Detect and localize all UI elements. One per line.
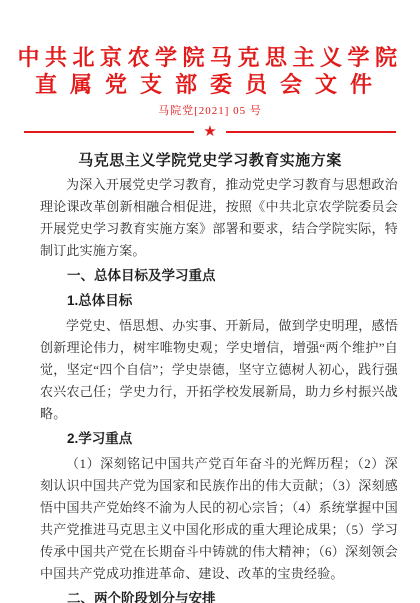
red-divider: ★ [24,124,396,140]
divider-line-left [24,131,194,133]
section-heading: 2.学习重点 [40,428,398,450]
divider-line-right [226,131,396,133]
body-paragraph: （1）深刻铭记中国共产党百年奋斗的光辉历程；（2）深刻认识中国共产党为国家和民族… [40,453,398,585]
body-paragraph: 学党史、悟思想、办实事、开新局，做到学史明理，感悟创新理论伟力，树牢唯物史观；学… [40,315,398,425]
document-body: 为深入开展党史学习教育，推动党史学习教育与思想政治理论课改革创新相融合相促进，按… [40,174,398,603]
body-paragraph: 为深入开展党史学习教育，推动党史学习教育与思想政治理论课改革创新相融合相促进，按… [40,174,398,262]
document-number: 马院党[2021] 05 号 [0,104,420,118]
issuing-org-line1: 中共北京农学院马克思主义学院 [0,44,420,71]
document-page: 中共北京农学院马克思主义学院 直属党支部委员会文件 马院党[2021] 05 号… [0,0,420,603]
issuing-org-line2: 直属党支部委员会文件 [0,71,420,98]
star-icon: ★ [203,124,216,140]
letterhead: 中共北京农学院马克思主义学院 直属党支部委员会文件 马院党[2021] 05 号… [0,0,420,140]
document-title: 马克思主义学院党史学习教育实施方案 [0,150,420,171]
page-number: 1 [0,590,420,600]
section-heading: 1.总体目标 [40,290,398,312]
section-heading: 一、总体目标及学习重点 [40,265,398,287]
